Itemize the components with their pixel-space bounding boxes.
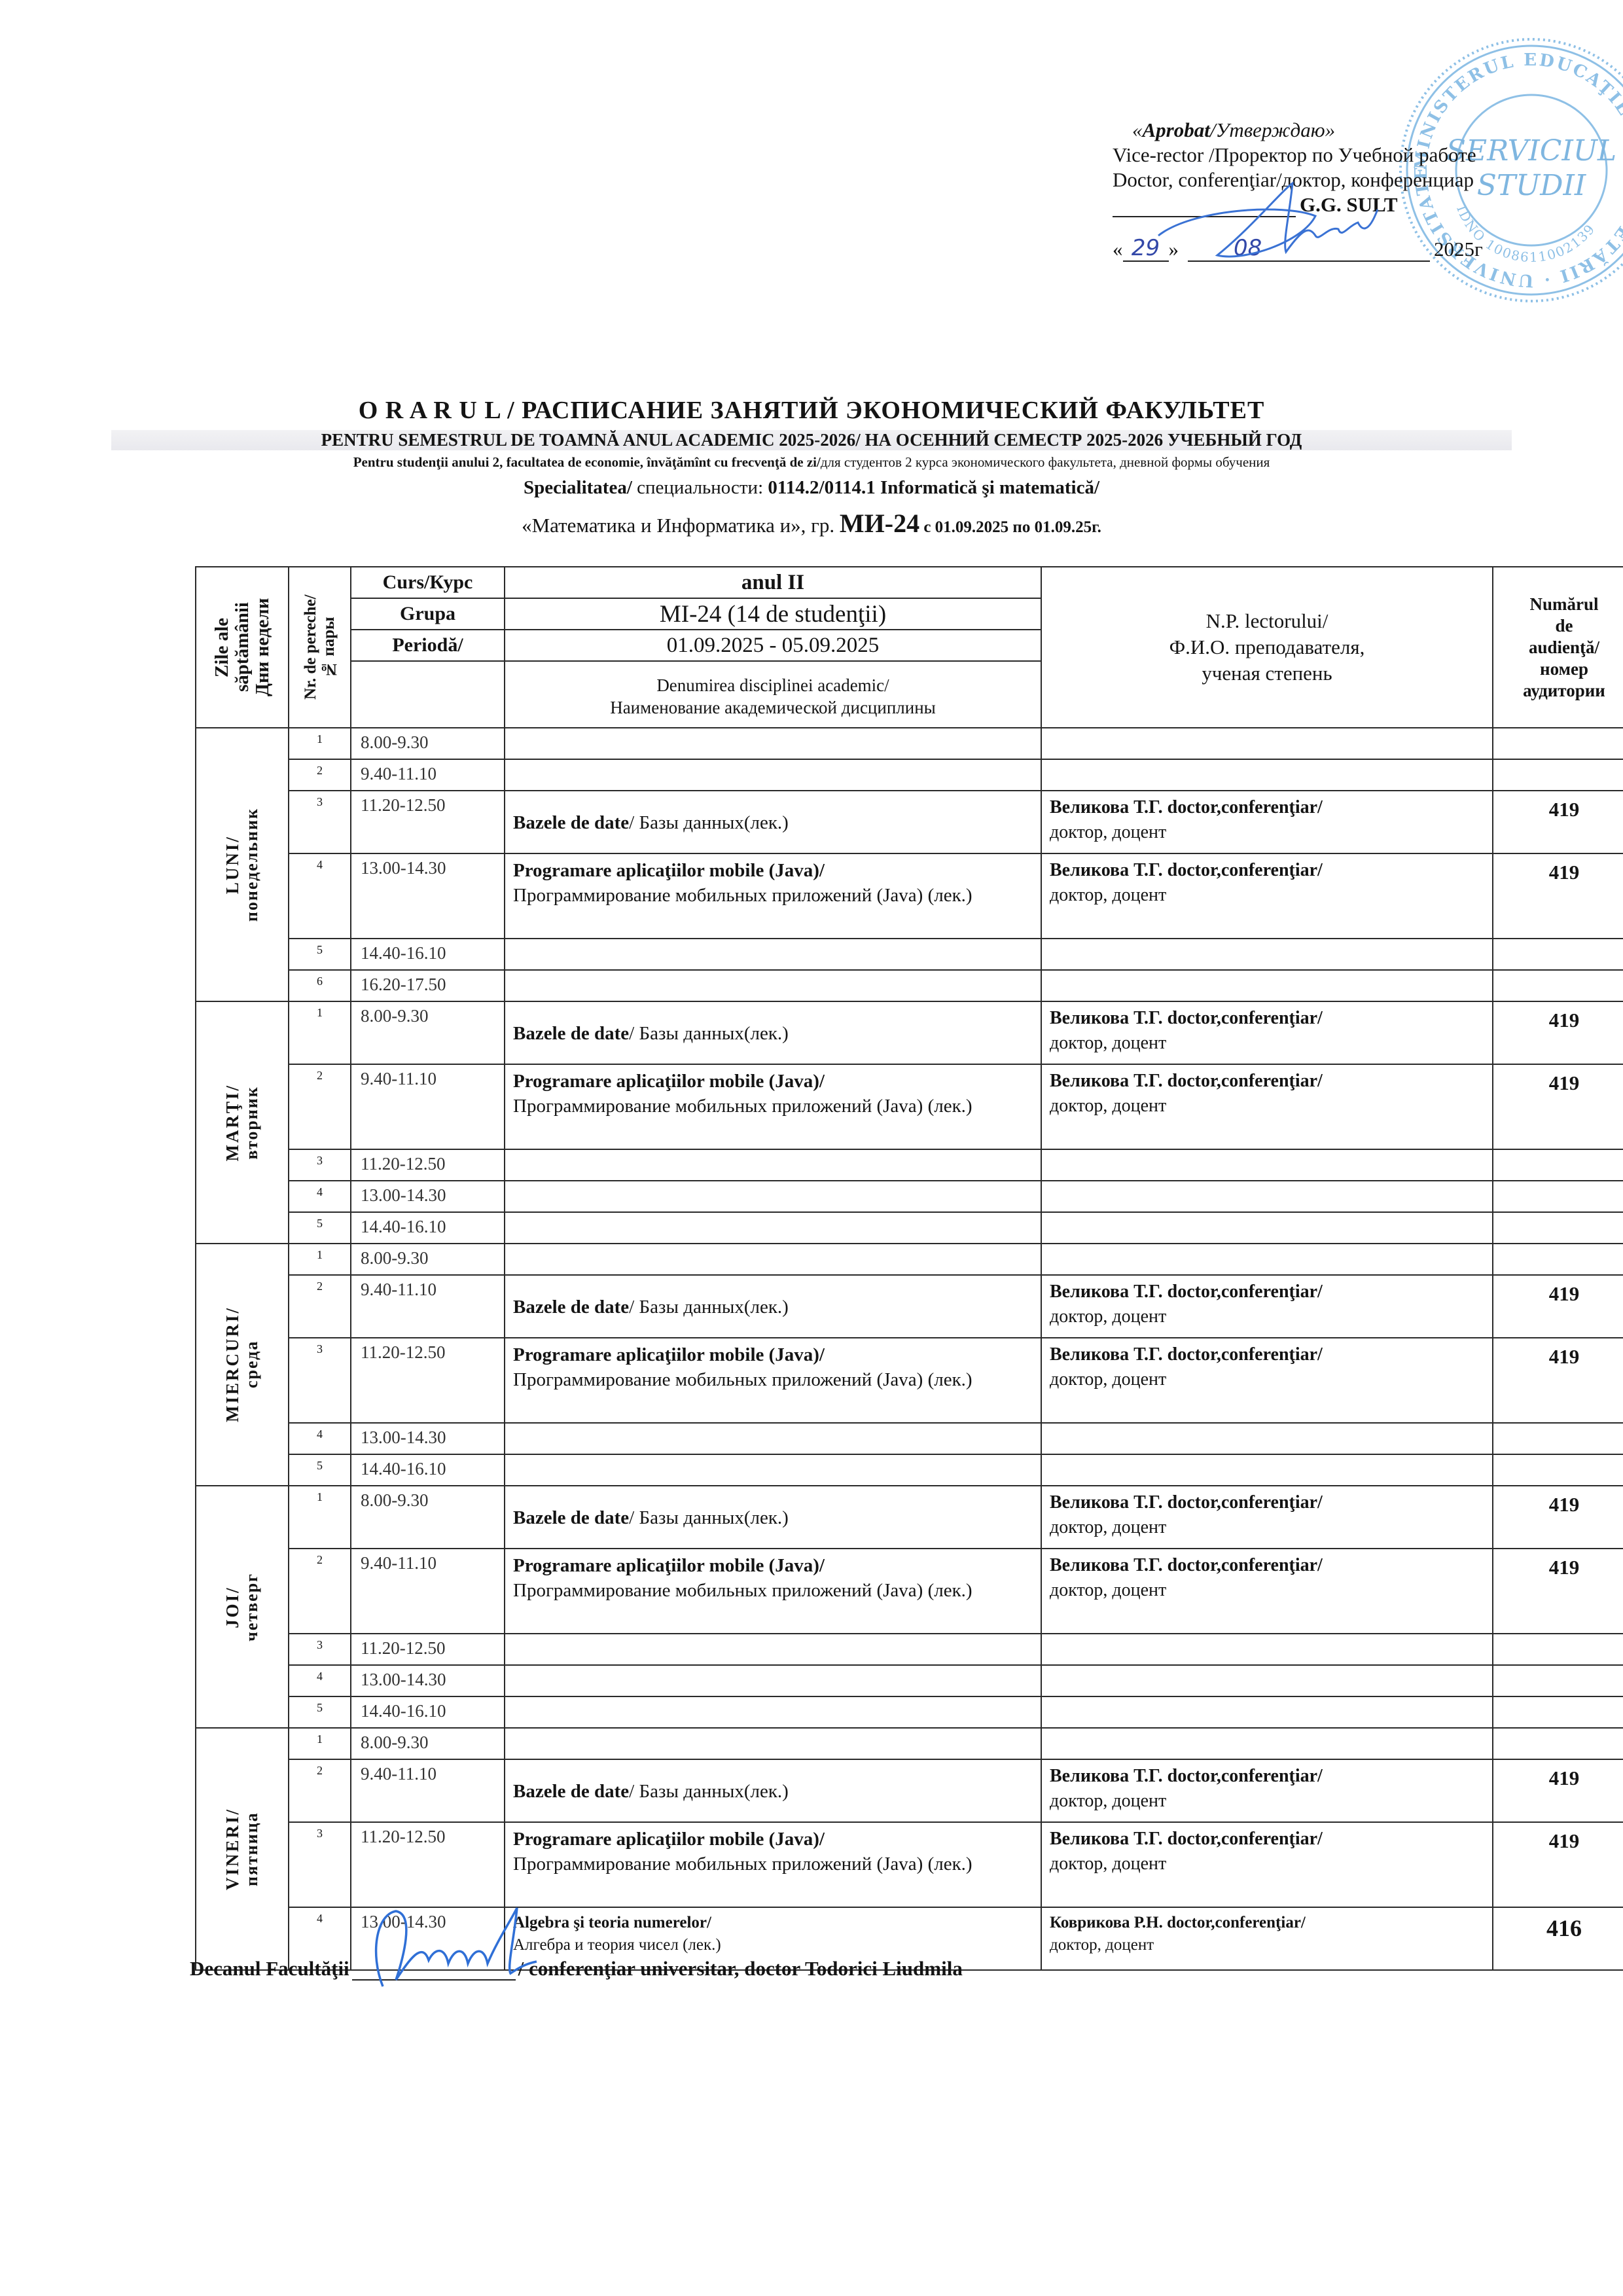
lecturer-cell-empty: [1041, 1728, 1493, 1759]
room-cell-empty: [1493, 1149, 1623, 1181]
pair-number: 2: [289, 1064, 351, 1149]
schedule-row: 311.20-12.50Programare aplicaţiilor mobi…: [196, 1822, 1623, 1907]
discipline-cell: Bazele de date/ Базы данных(лек.): [505, 1275, 1041, 1338]
approval-date: «29» 08 2025г: [1113, 236, 1610, 262]
schedule-row: 311.20-12.50: [196, 1149, 1623, 1181]
pair-time: 9.40-11.10: [351, 1275, 505, 1338]
pair-number: 5: [289, 1454, 351, 1486]
room-cell-empty: [1493, 1212, 1623, 1244]
students-description: Pentru studenţii anului 2, facultatea de…: [0, 454, 1623, 471]
schedule-row: 413.00-14.30Programare aplicaţiilor mobi…: [196, 853, 1623, 939]
room-cell-empty: [1493, 970, 1623, 1001]
approver-name: G.G. SULT: [1300, 192, 1398, 217]
discipline-cell-empty: [505, 759, 1041, 791]
schedule-row: LUNI/понедельник18.00-9.30: [196, 728, 1623, 759]
pair-number: 5: [289, 1212, 351, 1244]
discipline-cell: Programare aplicaţiilor mobile (Java)/Пр…: [505, 1064, 1041, 1149]
discipline-cell-empty: [505, 1212, 1041, 1244]
pair-time: 9.40-11.10: [351, 759, 505, 791]
pair-time: 14.40-16.10: [351, 1696, 505, 1728]
pair-time: 14.40-16.10: [351, 939, 505, 970]
lecturer-cell: Великова Т.Г. doctor,conferenţiar/доктор…: [1041, 1759, 1493, 1822]
header-curs-label: Curs/Курс: [351, 567, 505, 598]
room-number: 419: [1493, 1064, 1623, 1149]
pair-time: 11.20-12.50: [351, 1634, 505, 1665]
dean-footer: Decanul Facultăţii / conferenţiar univer…: [190, 1957, 963, 1981]
day-label: MIERCURI/среда: [196, 1244, 289, 1486]
pair-time: 11.20-12.50: [351, 1149, 505, 1181]
dean-name: / conferenţiar universitar, doctor Todor…: [518, 1957, 963, 1981]
room-cell-empty: [1493, 1696, 1623, 1728]
header-lecturer: N.P. lectorului/Ф.И.О. преподавателя,уче…: [1041, 567, 1493, 728]
pair-number: 1: [289, 1001, 351, 1064]
room-cell-empty: [1493, 1454, 1623, 1486]
discipline-cell: Programare aplicaţiilor mobile (Java)/Пр…: [505, 1338, 1041, 1423]
schedule-row: 29.40-11.10: [196, 759, 1623, 791]
day-label: JOI/четверг: [196, 1486, 289, 1728]
lecturer-cell: Великова Т.Г. doctor,conferenţiar/доктор…: [1041, 1822, 1493, 1907]
pair-time: 16.20-17.50: [351, 970, 505, 1001]
room-number: 419: [1493, 1822, 1623, 1907]
schedule-row: 514.40-16.10: [196, 1454, 1623, 1486]
pair-time: 13.00-14.30: [351, 1665, 505, 1696]
dean-label: Decanul Facultăţii: [190, 1957, 349, 1981]
pair-number: 2: [289, 1759, 351, 1822]
pair-number: 3: [289, 1149, 351, 1181]
schedule-row: 311.20-12.50Bazele de date/ Базы данных(…: [196, 791, 1623, 853]
room-cell-empty: [1493, 1181, 1623, 1212]
lecturer-cell: Великова Т.Г. doctor,conferenţiar/доктор…: [1041, 1486, 1493, 1549]
pair-time: 8.00-9.30: [351, 1728, 505, 1759]
approval-block: «Aprobat/Утверждаю» Vice-rector /Прорект…: [1113, 118, 1610, 262]
lecturer-cell: Великова Т.Г. doctor,conferenţiar/доктор…: [1041, 1338, 1493, 1423]
pair-time: 9.40-11.10: [351, 1549, 505, 1634]
pair-time: 11.20-12.50: [351, 1822, 505, 1907]
schedule-row: 413.00-14.30: [196, 1423, 1623, 1454]
semester-title: PENTRU SEMESTRUL DE TOAMNĂ ANUL ACADEMIC…: [111, 430, 1512, 450]
day-label: VINERI/пятница: [196, 1728, 289, 1970]
lecturer-cell-empty: [1041, 728, 1493, 759]
discipline-cell: Bazele de date/ Базы данных(лек.): [505, 1486, 1041, 1549]
pair-number: 1: [289, 1486, 351, 1549]
lecturer-cell: Великова Т.Г. doctor,conferenţiar/доктор…: [1041, 1001, 1493, 1064]
lecturer-cell-empty: [1041, 1149, 1493, 1181]
discipline-cell: Programare aplicaţiilor mobile (Java)/Пр…: [505, 853, 1041, 939]
room-number: 419: [1493, 1338, 1623, 1423]
room-cell-empty: [1493, 1423, 1623, 1454]
pair-time: 14.40-16.10: [351, 1454, 505, 1486]
discipline-cell-empty: [505, 1181, 1041, 1212]
lecturer-cell-empty: [1041, 970, 1493, 1001]
schedule-row: 29.40-11.10Programare aplicaţiilor mobil…: [196, 1549, 1623, 1634]
discipline-cell-empty: [505, 1149, 1041, 1181]
header-perioda-label: Periodă/: [351, 630, 505, 661]
header-empty-cell: [351, 661, 505, 728]
pair-time: 13.00-14.30: [351, 1181, 505, 1212]
schedule-row: MARŢI/вторник18.00-9.30Bazele de date/ Б…: [196, 1001, 1623, 1064]
approval-date-day: 29: [1123, 236, 1169, 262]
lecturer-cell-empty: [1041, 1454, 1493, 1486]
room-number: 419: [1493, 1486, 1623, 1549]
header-days: Zile alesăptămâniiДни недели: [196, 567, 289, 728]
pair-time: 9.40-11.10: [351, 1064, 505, 1149]
pair-time: 11.20-12.50: [351, 1338, 505, 1423]
schedule-row: 514.40-16.10: [196, 1696, 1623, 1728]
room-cell-empty: [1493, 1665, 1623, 1696]
approval-heading: «Aprobat/Утверждаю»: [1113, 118, 1610, 143]
pair-time: 8.00-9.30: [351, 1244, 505, 1275]
lecturer-cell-empty: [1041, 1423, 1493, 1454]
lecturer-cell-empty: [1041, 759, 1493, 791]
header-discipline: Denumirea disciplinei academic/Наименова…: [505, 661, 1041, 728]
lecturer-cell-empty: [1041, 939, 1493, 970]
schedule-row: 514.40-16.10: [196, 1212, 1623, 1244]
schedule-row: 616.20-17.50: [196, 970, 1623, 1001]
pair-number: 4: [289, 853, 351, 939]
approver-signature-line: [1113, 196, 1296, 217]
lecturer-cell-empty: [1041, 1696, 1493, 1728]
group-code: МИ-24: [840, 509, 919, 538]
discipline-cell-empty: [505, 970, 1041, 1001]
discipline-cell-empty: [505, 1244, 1041, 1275]
approval-date-year: 2025г: [1434, 237, 1483, 262]
discipline-cell-empty: [505, 1634, 1041, 1665]
schedule-row: MIERCURI/среда18.00-9.30: [196, 1244, 1623, 1275]
discipline-cell-empty: [505, 1728, 1041, 1759]
lecturer-cell: Коврикова Р.Н. doctor,conferenţiar/докто…: [1041, 1907, 1493, 1970]
pair-time: 8.00-9.30: [351, 728, 505, 759]
room-number: 419: [1493, 1275, 1623, 1338]
header-grupa-label: Grupa: [351, 598, 505, 630]
approver-position: Vice-rector /Проректор по Учебной работе: [1113, 143, 1610, 168]
schedule-row: JOI/четверг18.00-9.30Bazele de date/ Баз…: [196, 1486, 1623, 1549]
pair-number: 1: [289, 1244, 351, 1275]
pair-number: 2: [289, 1549, 351, 1634]
room-cell-empty: [1493, 1244, 1623, 1275]
discipline-cell-empty: [505, 939, 1041, 970]
document-title: O R A R U L / РАСПИСАНИЕ ЗАНЯТИЙ ЭКОНОМИ…: [0, 396, 1623, 425]
room-number: 419: [1493, 853, 1623, 939]
pair-time: 8.00-9.30: [351, 1001, 505, 1064]
pair-number: 3: [289, 791, 351, 853]
discipline-cell-empty: [505, 1454, 1041, 1486]
lecturer-cell: Великова Т.Г. doctor,conferenţiar/доктор…: [1041, 1275, 1493, 1338]
schedule-row: 514.40-16.10: [196, 939, 1623, 970]
header-perioda-value: 01.09.2025 - 05.09.2025: [505, 630, 1041, 661]
lecturer-cell: Великова Т.Г. doctor,conferenţiar/доктор…: [1041, 1064, 1493, 1149]
pair-time: 13.00-14.30: [351, 1423, 505, 1454]
pair-number: 1: [289, 728, 351, 759]
schedule-row: 29.40-11.10Bazele de date/ Базы данных(л…: [196, 1275, 1623, 1338]
pair-number: 3: [289, 1634, 351, 1665]
pair-time: 9.40-11.10: [351, 1759, 505, 1822]
day-label: MARŢI/вторник: [196, 1001, 289, 1244]
pair-number: 4: [289, 1665, 351, 1696]
lecturer-cell-empty: [1041, 1665, 1493, 1696]
pair-number: 6: [289, 970, 351, 1001]
lecturer-cell: Великова Т.Г. doctor,conferenţiar/доктор…: [1041, 853, 1493, 939]
lecturer-cell: Великова Т.Г. doctor,conferenţiar/доктор…: [1041, 1549, 1493, 1634]
pair-time: 11.20-12.50: [351, 791, 505, 853]
schedule-row: VINERI/пятница18.00-9.30: [196, 1728, 1623, 1759]
header-grupa-value: MI-24 (14 de studenţii): [505, 598, 1041, 630]
pair-number: 5: [289, 1696, 351, 1728]
lecturer-cell-empty: [1041, 1212, 1493, 1244]
lecturer-cell-empty: [1041, 1634, 1493, 1665]
specialty-line: Specialitatea/ специальности: 0114.2/011…: [0, 477, 1623, 499]
schedule-table: Zile alesăptămâniiДни недели Nr. de pere…: [195, 566, 1623, 1971]
dean-signature-line: [352, 1960, 516, 1981]
discipline-cell: Bazele de date/ Базы данных(лек.): [505, 1001, 1041, 1064]
schedule-row: 29.40-11.10Programare aplicaţiilor mobil…: [196, 1064, 1623, 1149]
room-number: 419: [1493, 1759, 1623, 1822]
day-label: LUNI/понедельник: [196, 728, 289, 1001]
pair-number: 1: [289, 1728, 351, 1759]
pair-number: 4: [289, 1423, 351, 1454]
pair-number: 5: [289, 939, 351, 970]
schedule-row: 29.40-11.10Bazele de date/ Базы данных(л…: [196, 1759, 1623, 1822]
pair-time: 14.40-16.10: [351, 1212, 505, 1244]
schedule-row: 413.00-14.30: [196, 1181, 1623, 1212]
discipline-cell-empty: [505, 1423, 1041, 1454]
room-cell-empty: [1493, 1728, 1623, 1759]
schedule-row: 311.20-12.50Programare aplicaţiilor mobi…: [196, 1338, 1623, 1423]
room-cell-empty: [1493, 939, 1623, 970]
pair-number: 2: [289, 759, 351, 791]
lecturer-cell-empty: [1041, 1244, 1493, 1275]
pair-time: 13.00-14.30: [351, 853, 505, 939]
discipline-cell-empty: [505, 1696, 1041, 1728]
header-pair-number: Nr. de pereche/№ пары: [289, 567, 351, 728]
header-room: Număruldeaudienţă/номераудитории: [1493, 567, 1623, 728]
pair-number: 4: [289, 1181, 351, 1212]
discipline-cell-empty: [505, 728, 1041, 759]
discipline-cell: Programare aplicaţiilor mobile (Java)/Пр…: [505, 1549, 1041, 1634]
pair-number: 3: [289, 1822, 351, 1907]
discipline-cell: Bazele de date/ Базы данных(лек.): [505, 1759, 1041, 1822]
room-number: 419: [1493, 1001, 1623, 1064]
room-number: 419: [1493, 791, 1623, 853]
group-line: «Математика и Информатика и», гр. МИ-24 …: [0, 508, 1623, 539]
room-number: 419: [1493, 1549, 1623, 1634]
room-cell-empty: [1493, 759, 1623, 791]
approval-date-month: 08: [1188, 236, 1430, 262]
pair-number: 2: [289, 1275, 351, 1338]
discipline-cell-empty: [505, 1665, 1041, 1696]
approver-degree: Doctor, conferenţiar/доктор, конференциа…: [1113, 168, 1610, 192]
pair-number: 3: [289, 1338, 351, 1423]
lecturer-cell: Великова Т.Г. doctor,conferenţiar/доктор…: [1041, 791, 1493, 853]
pair-time: 8.00-9.30: [351, 1486, 505, 1549]
room-number: 416: [1493, 1907, 1623, 1970]
header-curs-value: anul II: [505, 567, 1041, 598]
lecturer-cell-empty: [1041, 1181, 1493, 1212]
discipline-cell: Bazele de date/ Базы данных(лек.): [505, 791, 1041, 853]
schedule-row: 311.20-12.50: [196, 1634, 1623, 1665]
schedule-row: 413.00-14.30: [196, 1665, 1623, 1696]
room-cell-empty: [1493, 1634, 1623, 1665]
discipline-cell: Programare aplicaţiilor mobile (Java)/Пр…: [505, 1822, 1041, 1907]
room-cell-empty: [1493, 728, 1623, 759]
document-titles: O R A R U L / РАСПИСАНИЕ ЗАНЯТИЙ ЭКОНОМИ…: [0, 396, 1623, 539]
